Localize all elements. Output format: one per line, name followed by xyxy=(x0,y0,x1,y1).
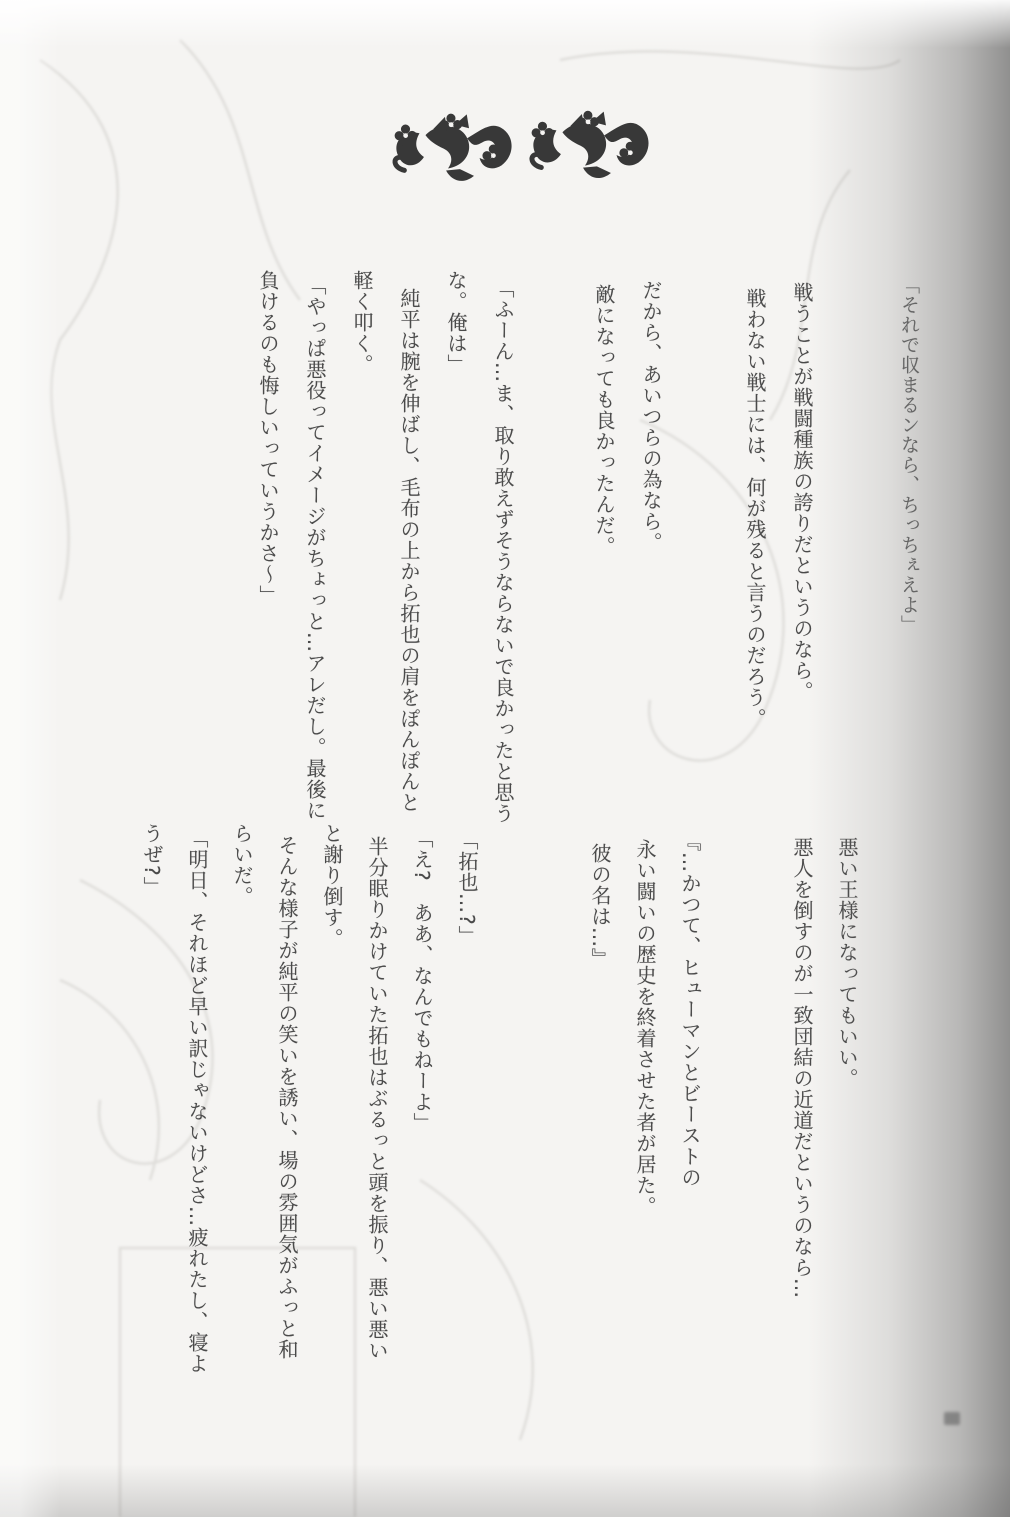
text-column: 負けるのも悔しいっていうかさ〜」 xyxy=(254,270,281,606)
text-column: うぜ?」 xyxy=(138,823,165,898)
text-column: 悪い王様になってもいい。 xyxy=(833,837,860,1089)
text-column: 悪人を倒すのが一致団結の近道だというのなら… xyxy=(788,837,815,1299)
text-column: 「ふーん…ま、取り敢えずそうならないで良かったと思う xyxy=(489,278,516,824)
text-column: そんな様子が純平の笑いを誘い、場の雰囲気がふっと和 xyxy=(273,835,300,1360)
text-column: 彼の名は…』 xyxy=(586,843,613,969)
text-column: だから、あいつらの為なら。 xyxy=(637,280,664,553)
text-column: 「明日、それほど早い訳じゃないけどさ…疲れたし、寝よ xyxy=(183,828,210,1374)
margin-quote-column: 「それで収まるンなら、ちっちぇえよ」 xyxy=(895,275,922,635)
text-column: 軽く叩く。 xyxy=(348,270,375,375)
text-column: 「拓也…?」 xyxy=(453,830,480,947)
text-column: 永い闘いの歴史を終着させた者が居た。 xyxy=(631,839,658,1217)
text-column: 純平は腕を伸ばし、毛布の上から拓也の肩をぽんぽんと xyxy=(395,288,422,813)
text-column: な。俺は」 xyxy=(442,270,469,375)
text-column: 敵になっても良かったんだ。 xyxy=(590,284,617,557)
floral-scroll-ornament xyxy=(389,99,659,193)
text-column: 戦わない戦士には、何が残ると言うのだろう。 xyxy=(741,288,768,729)
text-column: 『…かつて、ヒューマンとビーストの xyxy=(676,831,703,1188)
text-column: 半分眠りかけていた拓也はぶるっと頭を振り、悪い悪い xyxy=(363,836,390,1361)
text-column: と謝り倒す。 xyxy=(318,823,345,949)
text-column: 「え? ああ、なんでもねーよ」 xyxy=(408,828,435,1134)
text-column: 「やっぱ悪役ってイメージがちょっと…アレだし。最後に xyxy=(301,275,328,821)
text-column: らいだ。 xyxy=(228,823,255,907)
text-column: 戦うことが戦闘種族の誇りだというのなら。 xyxy=(788,282,815,702)
page-number-mark xyxy=(944,1412,960,1425)
scanned-page: 「それで収まるンなら、ちっちぇえよ」 戦うことが戦闘種族の誇りだというのなら。戦… xyxy=(0,0,1010,1517)
